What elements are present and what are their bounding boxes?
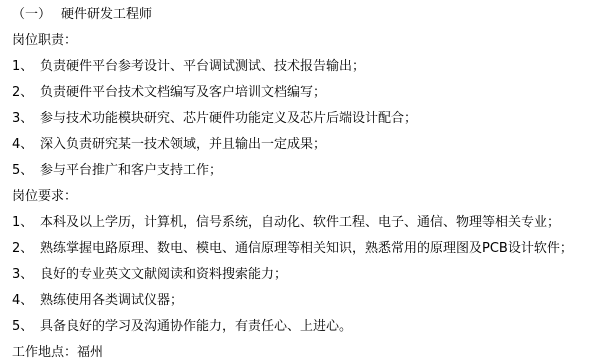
item-number: 5、 — [12, 158, 40, 184]
item-number: 2、 — [12, 80, 40, 106]
item-text: 本科及以上学历，计算机，信号系统，自动化、软件工程、电子、通信、物理等相关专业； — [40, 215, 560, 230]
item-text: 熟练掌握电路原理、数电、模电、通信原理等相关知识，熟悉常用的原理图及PCB设计软… — [40, 241, 573, 256]
requirements-heading: 岗位要求： — [12, 184, 77, 210]
item-number: 4、 — [12, 132, 40, 158]
location-label: 工作地点： — [12, 345, 77, 360]
item-text: 具备良好的学习及沟通协作能力，有责任心、上进心。 — [40, 319, 352, 334]
item-number: 5、 — [12, 314, 40, 340]
item-text: 良好的专业英文文献阅读和资料搜索能力； — [40, 267, 287, 282]
list-item: 4、深入负责研究某一技术领域，并且输出一定成果； — [12, 132, 326, 158]
list-item: 3、参与技术功能模块研究、芯片硬件功能定义及芯片后端设计配合； — [12, 106, 417, 132]
item-text: 参与平台推广和客户支持工作； — [40, 163, 222, 178]
item-number: 1、 — [12, 210, 40, 236]
list-item: 5、参与平台推广和客户支持工作； — [12, 158, 222, 184]
item-number: 3、 — [12, 262, 40, 288]
job-title: 硬件研发工程师 — [51, 7, 152, 22]
work-location: 工作地点：福州 — [12, 340, 103, 363]
list-item: 2、熟练掌握电路原理、数电、模电、通信原理等相关知识，熟悉常用的原理图及PCB设… — [12, 236, 573, 262]
list-item: 3、良好的专业英文文献阅读和资料搜索能力； — [12, 262, 287, 288]
item-text: 负责硬件平台参考设计、平台调试测试、技术报告输出； — [40, 59, 365, 74]
list-item: 5、具备良好的学习及沟通协作能力，有责任心、上进心。 — [12, 314, 352, 340]
item-number: 3、 — [12, 106, 40, 132]
item-text: 深入负责研究某一技术领域，并且输出一定成果； — [40, 137, 326, 152]
list-item: 4、熟练使用各类调试仪器； — [12, 288, 183, 314]
item-text: 熟练使用各类调试仪器； — [40, 293, 183, 308]
section-marker: （一） — [12, 7, 51, 22]
list-item: 1、负责硬件平台参考设计、平台调试测试、技术报告输出； — [12, 54, 365, 80]
item-number: 2、 — [12, 236, 40, 262]
item-text: 参与技术功能模块研究、芯片硬件功能定义及芯片后端设计配合； — [40, 111, 417, 126]
section-heading: （一）硬件研发工程师 — [12, 2, 152, 28]
item-text: 负责硬件平台技术文档编写及客户培训文档编写； — [40, 85, 326, 100]
item-number: 4、 — [12, 288, 40, 314]
location-value: 福州 — [77, 345, 103, 360]
responsibilities-heading: 岗位职责： — [12, 28, 77, 54]
list-item: 1、本科及以上学历，计算机，信号系统，自动化、软件工程、电子、通信、物理等相关专… — [12, 210, 560, 236]
item-number: 1、 — [12, 54, 40, 80]
list-item: 2、负责硬件平台技术文档编写及客户培训文档编写； — [12, 80, 326, 106]
